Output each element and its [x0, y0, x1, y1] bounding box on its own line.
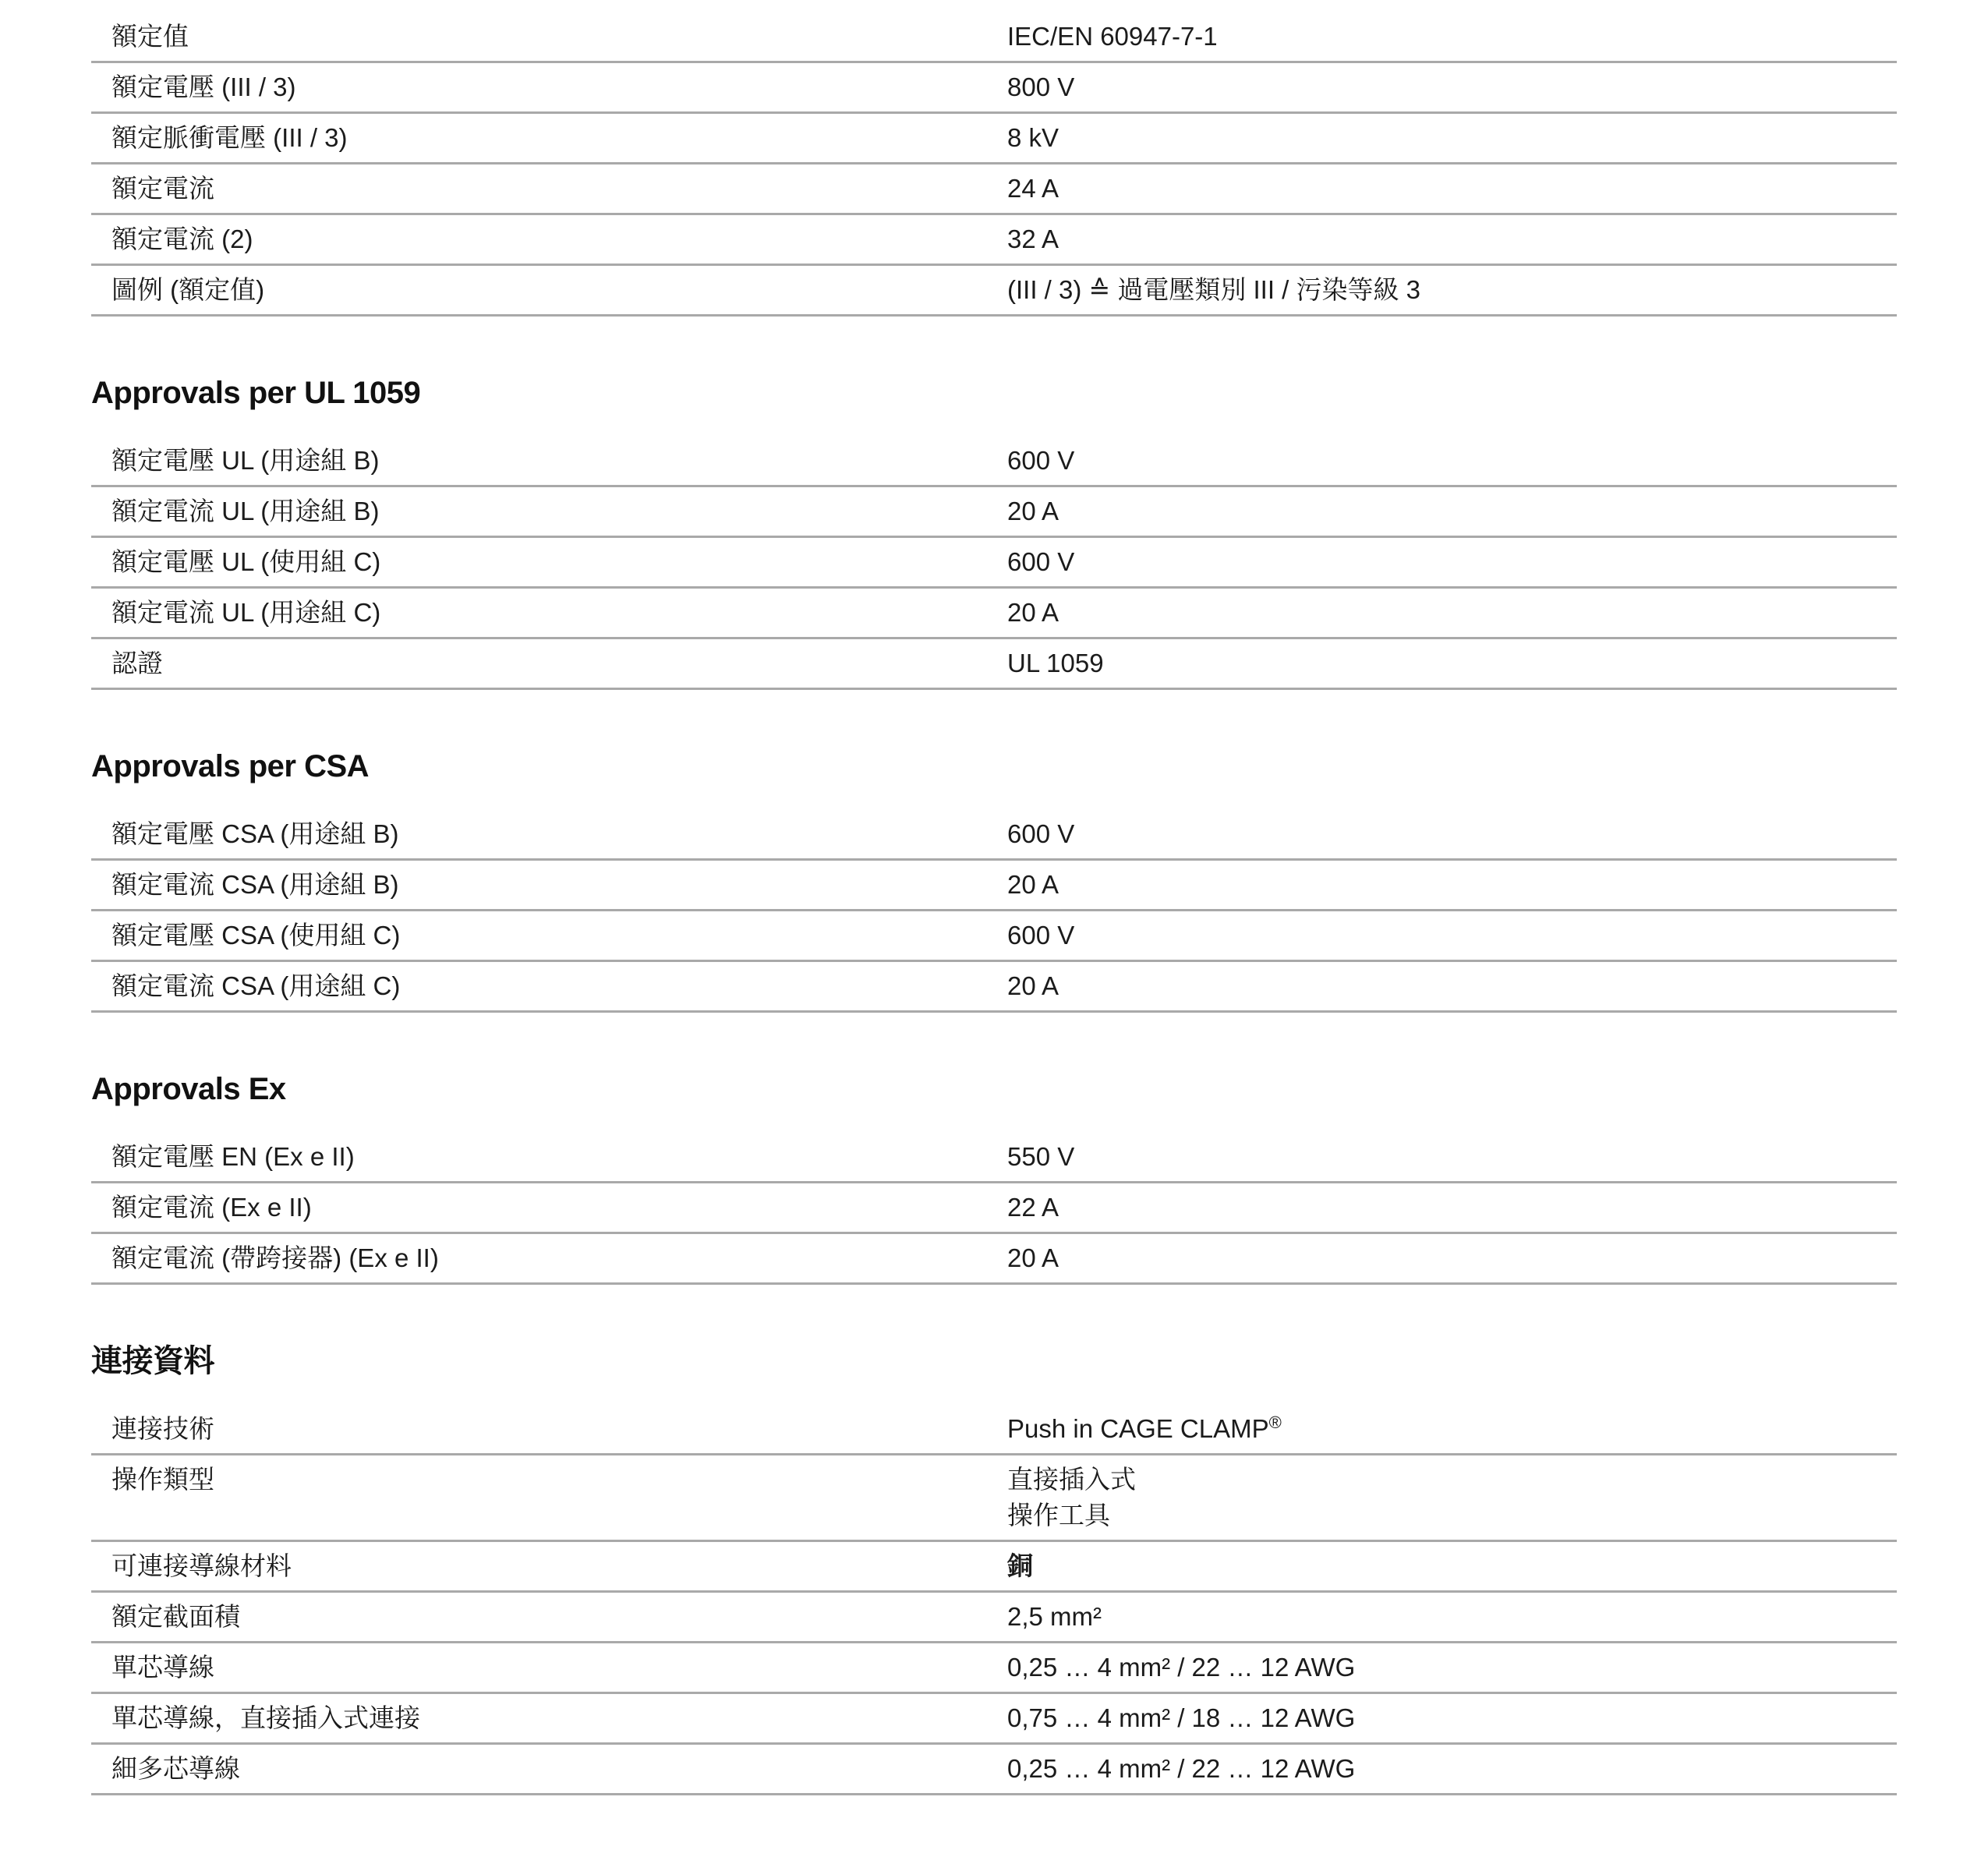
table-row: 額定電流 UL (用途組 B) 20 A — [91, 487, 1897, 538]
spec-value: 2,5 mm² — [1007, 1599, 1897, 1635]
spec-label: 額定電流 (2) — [91, 221, 1007, 257]
spec-value-text: Push in CAGE CLAMP — [1007, 1414, 1269, 1443]
spec-value: 銅 — [1007, 1548, 1897, 1584]
spec-label: 額定電流 — [91, 171, 1007, 207]
table-row: 單芯導線 0,25 … 4 mm² / 22 … 12 AWG — [91, 1643, 1897, 1694]
spec-value: 800 V — [1007, 69, 1897, 105]
spec-value: 20 A — [1007, 1240, 1897, 1276]
spec-value: 20 A — [1007, 493, 1897, 529]
spec-value: 20 A — [1007, 968, 1897, 1004]
section-heading-ex: Approvals Ex — [91, 1072, 1897, 1106]
spec-label: 額定電流 UL (用途組 B) — [91, 493, 1007, 529]
section-heading-ul1059: Approvals per UL 1059 — [91, 376, 1897, 410]
table-row: 可連接導線材料 銅 — [91, 1542, 1897, 1593]
section-approvals-ex: Approvals Ex 額定電壓 EN (Ex e II) 550 V 額定電… — [91, 1072, 1897, 1285]
section-approvals-csa: Approvals per CSA 額定電壓 CSA (用途組 B) 600 V… — [91, 749, 1897, 1013]
spec-label: 單芯導線 — [91, 1650, 1007, 1685]
spec-value: 22 A — [1007, 1190, 1897, 1226]
section-connection-data: 連接資料 連接技術 Push in CAGE CLAMP® 操作類型 直接插入式… — [91, 1344, 1897, 1795]
spec-value: 直接插入式 操作工具 — [1007, 1462, 1897, 1533]
connection-table: 連接技術 Push in CAGE CLAMP® 操作類型 直接插入式 操作工具… — [91, 1405, 1897, 1795]
spec-label: 連接技術 — [91, 1411, 1007, 1447]
table-row: 連接技術 Push in CAGE CLAMP® — [91, 1405, 1897, 1455]
section-heading-connection: 連接資料 — [91, 1344, 1897, 1378]
spec-label: 額定截面積 — [91, 1599, 1007, 1635]
spec-value: 550 V — [1007, 1139, 1897, 1175]
section-approvals-ul1059: Approvals per UL 1059 額定電壓 UL (用途組 B) 60… — [91, 376, 1897, 690]
spec-value: 32 A — [1007, 221, 1897, 257]
spec-value: 0,25 … 4 mm² / 22 … 12 AWG — [1007, 1751, 1897, 1787]
spec-label: 額定電壓 CSA (使用組 C) — [91, 918, 1007, 953]
spec-label: 額定電流 (Ex e II) — [91, 1190, 1007, 1226]
table-row: 額定電壓 UL (用途組 B) 600 V — [91, 437, 1897, 487]
table-row: 額定電壓 UL (使用組 C) 600 V — [91, 538, 1897, 589]
ul1059-table: 額定電壓 UL (用途組 B) 600 V 額定電流 UL (用途組 B) 20… — [91, 437, 1897, 690]
registered-trademark-symbol: ® — [1269, 1413, 1282, 1432]
table-row: 額定電流 (帶跨接器) (Ex e II) 20 A — [91, 1234, 1897, 1285]
table-row: 額定電流 24 A — [91, 164, 1897, 215]
spec-label: 可連接導線材料 — [91, 1548, 1007, 1584]
table-row: 額定截面積 2,5 mm² — [91, 1593, 1897, 1643]
spec-value: 8 kV — [1007, 120, 1897, 156]
datasheet-page: 額定值 IEC/EN 60947-7-1 額定電壓 (III / 3) 800 … — [0, 0, 1988, 1871]
table-row: 額定電流 CSA (用途組 C) 20 A — [91, 962, 1897, 1013]
section-heading-csa: Approvals per CSA — [91, 749, 1897, 783]
spec-value: (III / 3) ≙ 過電壓類別 III / 污染等級 3 — [1007, 272, 1897, 308]
spec-label: 額定電壓 UL (用途組 B) — [91, 443, 1007, 479]
ratings-table: 額定值 IEC/EN 60947-7-1 額定電壓 (III / 3) 800 … — [91, 12, 1897, 317]
table-row: 額定電流 UL (用途組 C) 20 A — [91, 589, 1897, 639]
table-row: 額定電流 (Ex e II) 22 A — [91, 1183, 1897, 1234]
spec-label: 額定電壓 UL (使用組 C) — [91, 544, 1007, 580]
spec-label: 額定電流 CSA (用途組 B) — [91, 867, 1007, 903]
spec-label: 額定脈衝電壓 (III / 3) — [91, 120, 1007, 156]
table-row: 額定電壓 CSA (使用組 C) 600 V — [91, 911, 1897, 962]
spec-value: 24 A — [1007, 171, 1897, 207]
table-row: 額定電壓 EN (Ex e II) 550 V — [91, 1133, 1897, 1183]
spec-value: 0,75 … 4 mm² / 18 … 12 AWG — [1007, 1700, 1897, 1736]
spec-label: 圖例 (額定值) — [91, 272, 1007, 308]
table-row: 圖例 (額定值) (III / 3) ≙ 過電壓類別 III / 污染等級 3 — [91, 266, 1897, 317]
spec-value: 600 V — [1007, 544, 1897, 580]
spec-value: Push in CAGE CLAMP® — [1007, 1411, 1897, 1447]
spec-value-line: 操作工具 — [1007, 1498, 1897, 1533]
spec-value: 20 A — [1007, 867, 1897, 903]
table-row: 額定電流 CSA (用途組 B) 20 A — [91, 861, 1897, 911]
spec-value: UL 1059 — [1007, 645, 1897, 681]
spec-label: 額定電流 CSA (用途組 C) — [91, 968, 1007, 1004]
csa-table: 額定電壓 CSA (用途組 B) 600 V 額定電流 CSA (用途組 B) … — [91, 810, 1897, 1013]
spec-label: 認證 — [91, 645, 1007, 681]
table-row: 細多芯導線 0,25 … 4 mm² / 22 … 12 AWG — [91, 1745, 1897, 1795]
spec-value: 600 V — [1007, 918, 1897, 953]
spec-label: 額定電流 UL (用途組 C) — [91, 595, 1007, 631]
spec-value: 600 V — [1007, 443, 1897, 479]
spec-value-line: 直接插入式 — [1007, 1462, 1897, 1498]
section-ratings: 額定值 IEC/EN 60947-7-1 額定電壓 (III / 3) 800 … — [91, 12, 1897, 317]
table-row: 操作類型 直接插入式 操作工具 — [91, 1455, 1897, 1542]
table-row: 額定電流 (2) 32 A — [91, 215, 1897, 266]
table-row: 額定值 IEC/EN 60947-7-1 — [91, 12, 1897, 63]
spec-label: 額定電流 (帶跨接器) (Ex e II) — [91, 1240, 1007, 1276]
spec-label: 額定電壓 EN (Ex e II) — [91, 1139, 1007, 1175]
ex-table: 額定電壓 EN (Ex e II) 550 V 額定電流 (Ex e II) 2… — [91, 1133, 1897, 1285]
spec-value: 20 A — [1007, 595, 1897, 631]
spec-value: IEC/EN 60947-7-1 — [1007, 19, 1897, 55]
spec-label: 單芯導線，直接插入式連接 — [91, 1700, 1007, 1736]
spec-label: 額定電壓 (III / 3) — [91, 69, 1007, 105]
spec-label: 額定電壓 CSA (用途組 B) — [91, 816, 1007, 852]
table-row: 額定電壓 CSA (用途組 B) 600 V — [91, 810, 1897, 861]
table-row: 額定脈衝電壓 (III / 3) 8 kV — [91, 114, 1897, 164]
spec-label: 操作類型 — [91, 1462, 1007, 1498]
table-row: 認證 UL 1059 — [91, 639, 1897, 690]
spec-label: 細多芯導線 — [91, 1751, 1007, 1787]
table-row: 額定電壓 (III / 3) 800 V — [91, 63, 1897, 114]
table-row: 單芯導線，直接插入式連接 0,75 … 4 mm² / 18 … 12 AWG — [91, 1694, 1897, 1745]
spec-label: 額定值 — [91, 19, 1007, 55]
spec-value: 0,25 … 4 mm² / 22 … 12 AWG — [1007, 1650, 1897, 1685]
spec-value: 600 V — [1007, 816, 1897, 852]
